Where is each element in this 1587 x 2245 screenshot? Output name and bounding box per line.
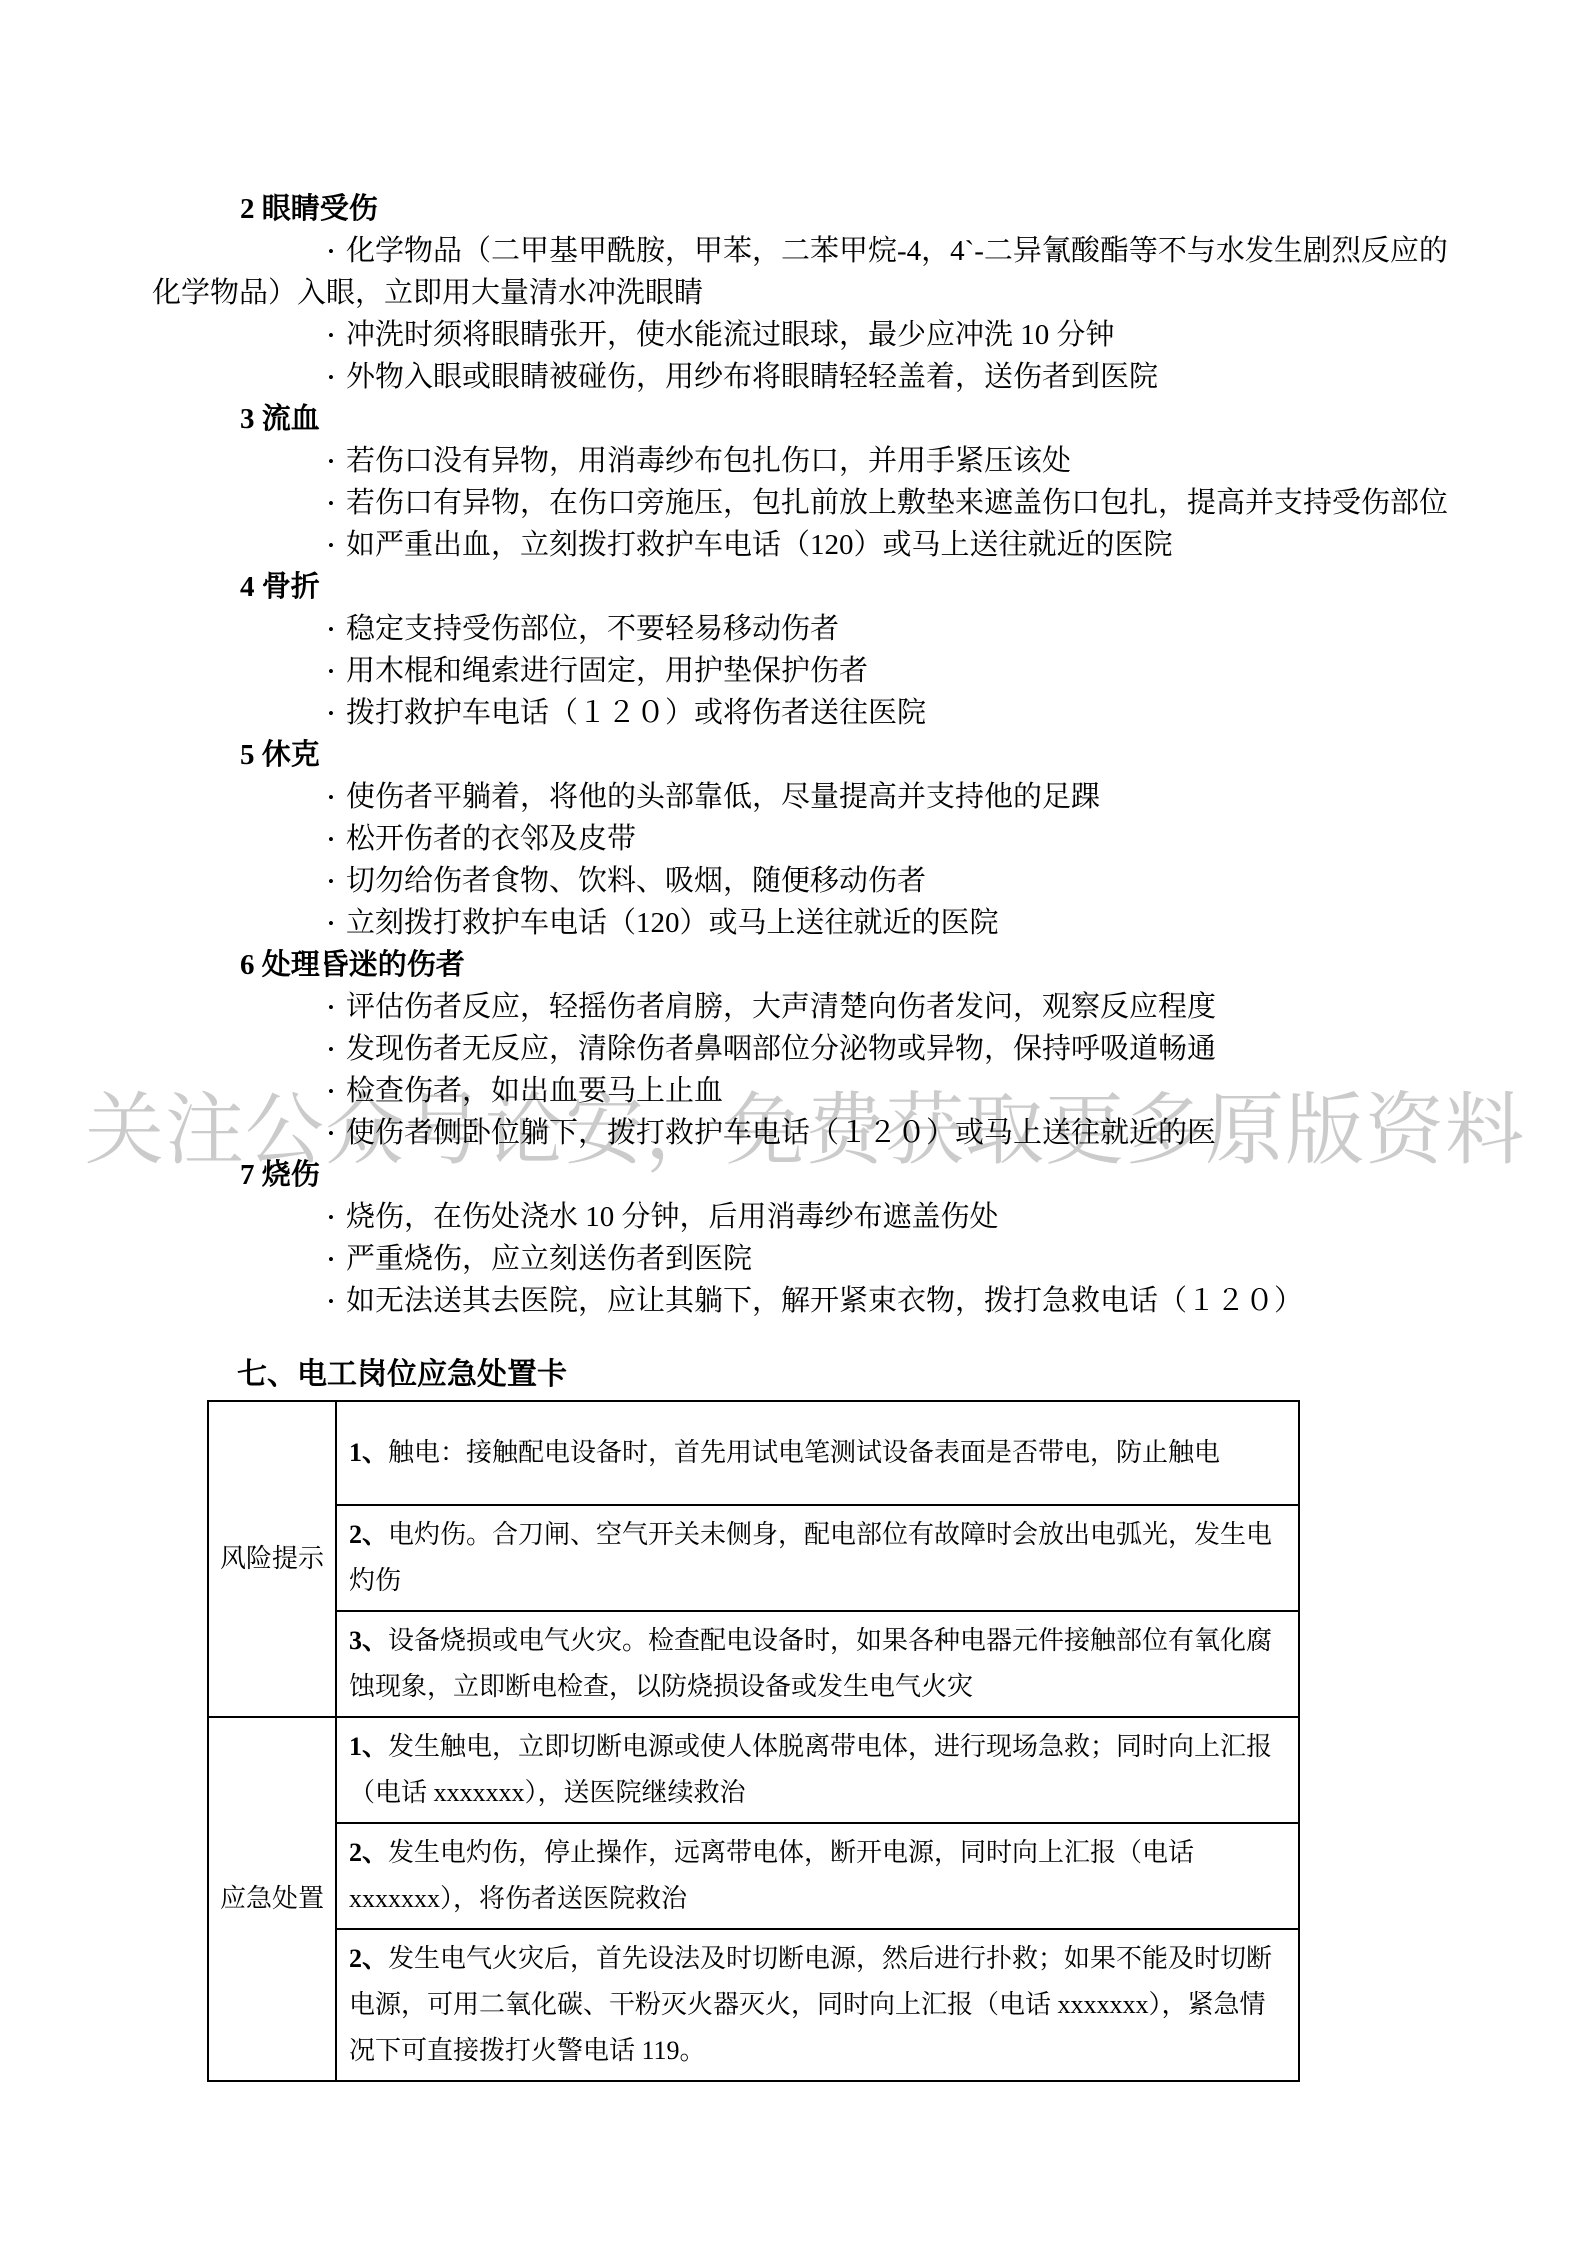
bullet-marker: •: [240, 231, 334, 273]
emergency-card-table-body: 风险提示1、触电：接触配电设备时，首先用试电笔测试设备表面是否带电，防止触电2、…: [208, 1401, 1299, 2081]
row-group-label: 风险提示: [208, 1401, 336, 1717]
text-line: •松开伤者的衣邻及皮带: [152, 818, 1497, 860]
text-line: •拨打救护车电话（１２０）或将伤者送往医院: [152, 692, 1497, 734]
bullet-marker: •: [240, 441, 334, 483]
bullet-marker: •: [240, 651, 334, 693]
text-line: •冲洗时须将眼睛张开，使水能流过眼球，最少应冲洗 10 分钟: [152, 314, 1497, 356]
document-page: 关注公众号论安，免费获取更多原版资料 2 眼睛受伤•化学物品（二甲基甲酰胺，甲苯…: [0, 0, 1587, 2245]
card-cell: 2、发生电气火灾后，首先设法及时切断电源，然后进行扑救；如果不能及时切断电源，可…: [336, 1929, 1299, 2081]
card-cell: 3、设备烧损或电气火灾。检查配电设备时，如果各种电器元件接触部位有氧化腐蚀现象，…: [336, 1611, 1299, 1717]
bullet-marker: •: [240, 609, 334, 651]
subsection-heading: 4 骨折: [152, 566, 1497, 608]
text-line: •严重烧伤，应立刻送伤者到医院: [152, 1238, 1497, 1280]
text-line: •使伤者侧卧位躺下，拨打救护车电话（１２０）或马上送往就近的医: [152, 1112, 1497, 1154]
card-cell: 1、发生触电，立即切断电源或使人体脱离带电体，进行现场急救；同时向上汇报（电话 …: [336, 1717, 1299, 1823]
item-number: 3、: [349, 1626, 388, 1655]
section-heading: 七、电工岗位应急处置卡: [152, 1352, 567, 1398]
card-cell: 2、发生电灼伤，停止操作，远离带电体，断开电源，同时向上汇报（电话 xxxxxx…: [336, 1823, 1299, 1929]
subsection-heading: 7 烧伤: [152, 1154, 1497, 1196]
bullet-marker: •: [240, 987, 334, 1029]
bullet-marker: •: [240, 861, 334, 903]
text-line: •切勿给伤者食物、饮料、吸烟，随便移动伤者: [152, 860, 1497, 902]
bullet-marker: •: [240, 1197, 334, 1239]
bullet-marker: •: [240, 819, 334, 861]
bullet-marker: •: [240, 315, 334, 357]
text-line: •立刻拨打救护车电话（120）或马上送往就近的医院: [152, 902, 1497, 944]
text-line: •外物入眼或眼睛被碰伤，用纱布将眼睛轻轻盖着，送伤者到医院: [152, 356, 1497, 398]
card-cell: 1、触电：接触配电设备时，首先用试电笔测试设备表面是否带电，防止触电: [336, 1401, 1299, 1505]
item-number: 2、: [349, 1944, 388, 1973]
bullet-marker: •: [240, 1281, 334, 1323]
table-row: 2、发生电气火灾后，首先设法及时切断电源，然后进行扑救；如果不能及时切断电源，可…: [208, 1929, 1299, 2081]
text-line: •稳定支持受伤部位，不要轻易移动伤者: [152, 608, 1497, 650]
text-line: 化学物品）入眼，立即用大量清水冲洗眼睛: [152, 272, 1497, 314]
table-row: 2、电灼伤。合刀闸、空气开关未侧身，配电部位有故障时会放出电弧光，发生电灼伤: [208, 1505, 1299, 1611]
subsection-heading: 5 休克: [152, 734, 1497, 776]
first-aid-lines: 2 眼睛受伤•化学物品（二甲基甲酰胺，甲苯，二苯甲烷-4，4`-二异氰酸酯等不与…: [0, 188, 1587, 1322]
card-cell: 2、电灼伤。合刀闸、空气开关未侧身，配电部位有故障时会放出电弧光，发生电灼伤: [336, 1505, 1299, 1611]
bullet-marker: •: [240, 1071, 334, 1113]
bullet-marker: •: [240, 693, 334, 735]
table-row: 3、设备烧损或电气火灾。检查配电设备时，如果各种电器元件接触部位有氧化腐蚀现象，…: [208, 1611, 1299, 1717]
text-line: •使伤者平躺着，将他的头部靠低，尽量提高并支持他的足踝: [152, 776, 1497, 818]
text-line: •若伤口没有异物，用消毒纱布包扎伤口，并用手紧压该处: [152, 440, 1497, 482]
row-group-label: 应急处置: [208, 1717, 336, 2081]
bullet-marker: •: [240, 903, 334, 945]
item-text: 发生电气火灾后，首先设法及时切断电源，然后进行扑救；如果不能及时切断电源，可用二…: [349, 1944, 1272, 2065]
bullet-marker: •: [240, 1113, 334, 1155]
item-number: 1、: [349, 1732, 388, 1761]
text-line: •如严重出血，立刻拨打救护车电话（120）或马上送往就近的医院: [152, 524, 1497, 566]
bullet-marker: •: [240, 357, 334, 399]
text-line: •评估伤者反应，轻摇伤者肩膀，大声清楚向伤者发问，观察反应程度: [152, 986, 1497, 1028]
subsection-heading: 2 眼睛受伤: [152, 188, 1497, 230]
bullet-marker: •: [240, 777, 334, 819]
item-text: 发生触电，立即切断电源或使人体脱离带电体，进行现场急救；同时向上汇报（电话 xx…: [349, 1732, 1272, 1807]
table-row: 风险提示1、触电：接触配电设备时，首先用试电笔测试设备表面是否带电，防止触电: [208, 1401, 1299, 1505]
text-line: •烧伤，在伤处浇水 10 分钟，后用消毒纱布遮盖伤处: [152, 1196, 1497, 1238]
table-row: 应急处置1、发生触电，立即切断电源或使人体脱离带电体，进行现场急救；同时向上汇报…: [208, 1717, 1299, 1823]
table-row: 2、发生电灼伤，停止操作，远离带电体，断开电源，同时向上汇报（电话 xxxxxx…: [208, 1823, 1299, 1929]
subsection-heading: 6 处理昏迷的伤者: [152, 944, 1497, 986]
text-line: •发现伤者无反应，清除伤者鼻咽部位分泌物或异物，保持呼吸道畅通: [152, 1028, 1497, 1070]
item-number: 1、: [349, 1438, 388, 1467]
item-text: 电灼伤。合刀闸、空气开关未侧身，配电部位有故障时会放出电弧光，发生电灼伤: [349, 1520, 1272, 1595]
subsection-heading: 3 流血: [152, 398, 1497, 440]
item-text: 设备烧损或电气火灾。检查配电设备时，如果各种电器元件接触部位有氧化腐蚀现象，立即…: [349, 1626, 1272, 1701]
text-line: •检查伤者，如出血要马上止血: [152, 1070, 1497, 1112]
bullet-marker: •: [240, 525, 334, 567]
bullet-marker: •: [240, 1239, 334, 1281]
text-line: •如无法送其去医院，应让其躺下，解开紧束衣物，拨打急救电话（１２０）: [152, 1280, 1497, 1322]
bullet-marker: •: [240, 483, 334, 525]
text-line: •若伤口有异物，在伤口旁施压，包扎前放上敷垫来遮盖伤口包扎，提高并支持受伤部位: [152, 482, 1497, 524]
bullet-marker: •: [240, 1029, 334, 1071]
item-text: 发生电灼伤，停止操作，远离带电体，断开电源，同时向上汇报（电话 xxxxxxx）…: [349, 1838, 1194, 1913]
emergency-card-table: 风险提示1、触电：接触配电设备时，首先用试电笔测试设备表面是否带电，防止触电2、…: [207, 1400, 1300, 2082]
item-number: 2、: [349, 1520, 388, 1549]
text-line: •用木棍和绳索进行固定，用护垫保护伤者: [152, 650, 1497, 692]
item-text: 触电：接触配电设备时，首先用试电笔测试设备表面是否带电，防止触电: [388, 1438, 1220, 1467]
text-line: •化学物品（二甲基甲酰胺，甲苯，二苯甲烷-4，4`-二异氰酸酯等不与水发生剧烈反…: [152, 230, 1497, 272]
item-number: 2、: [349, 1838, 388, 1867]
